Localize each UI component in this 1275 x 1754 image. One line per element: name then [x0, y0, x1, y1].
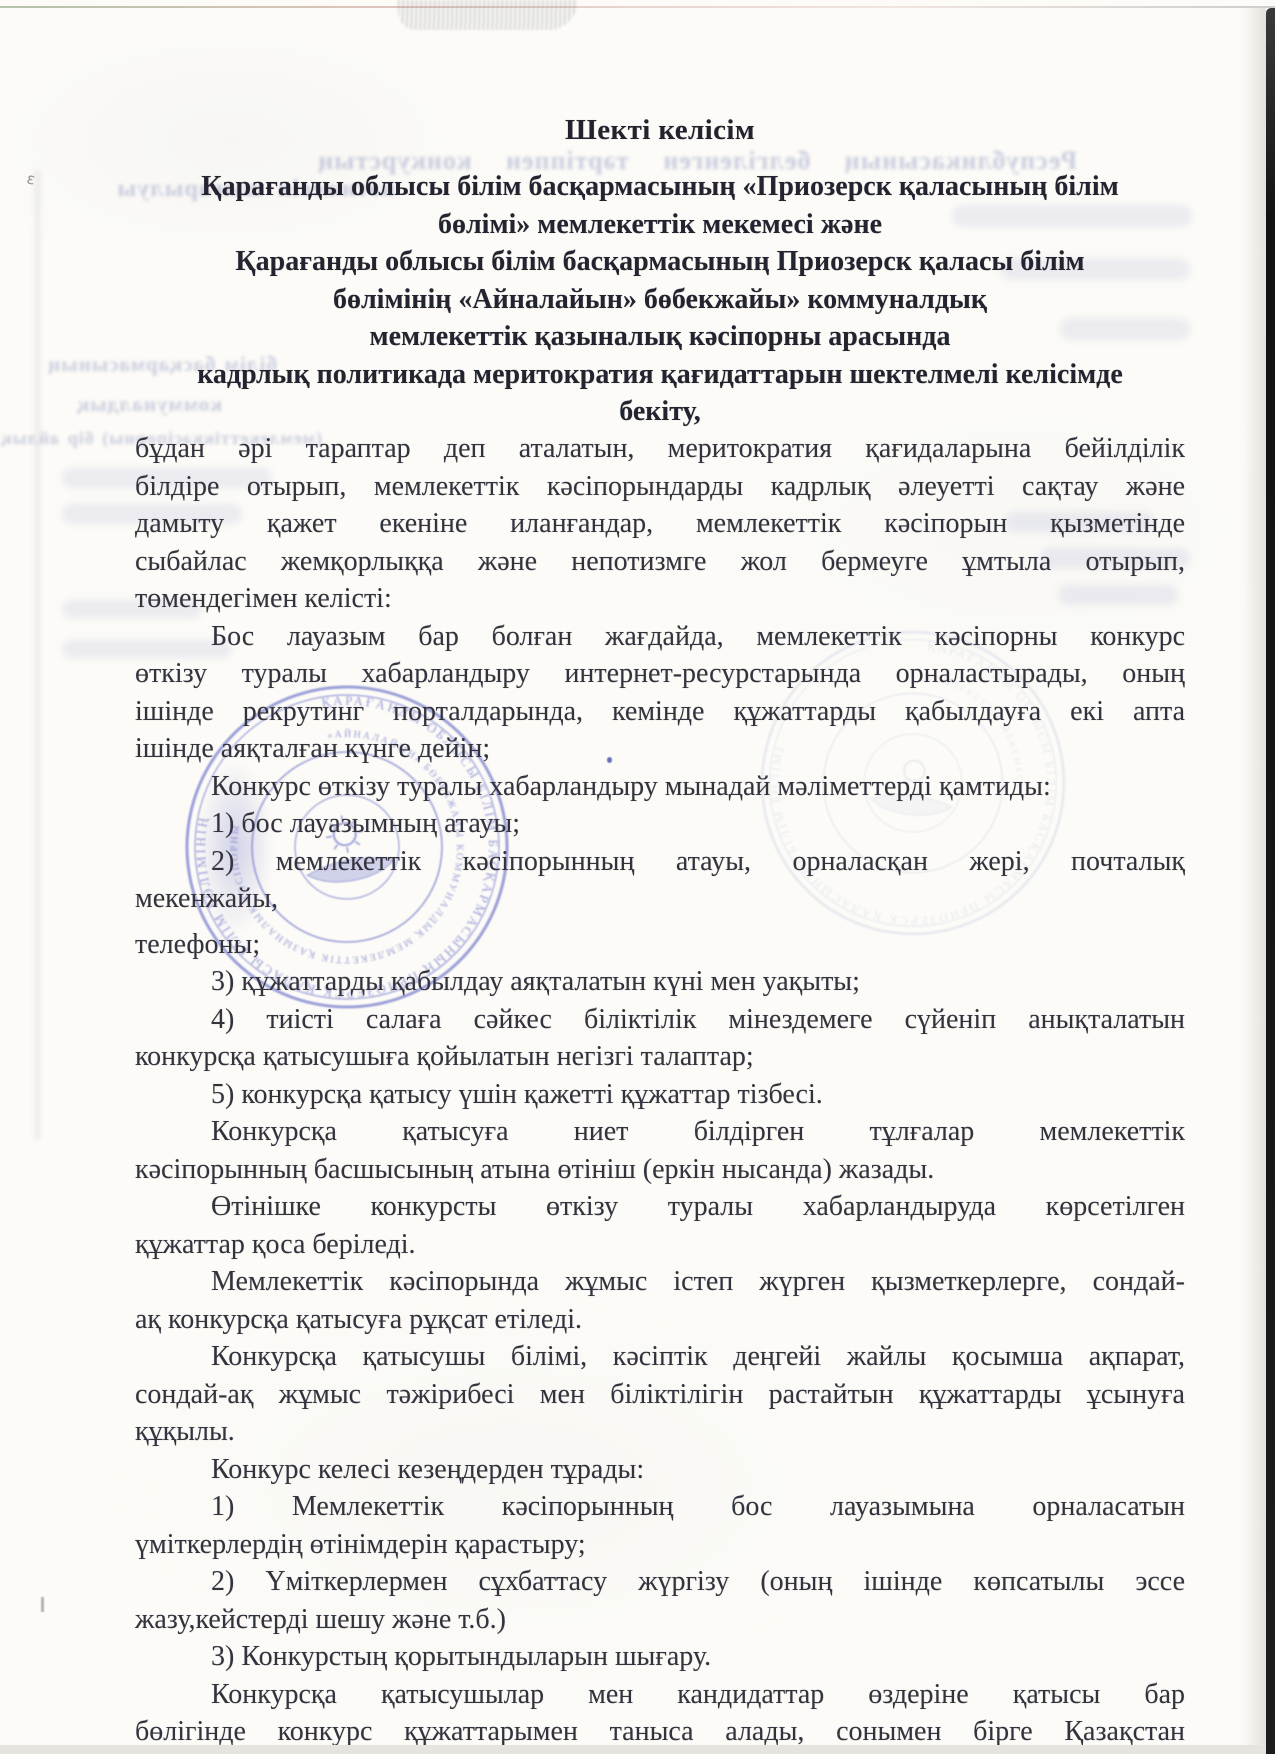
paragraph: Конкурсқа қатысуға ниет білдірген тұлғал… — [135, 1113, 1185, 1188]
body-line: 3) Конкурстың қорытындыларын шығару. — [135, 1638, 1185, 1676]
body-line: Конкурс келесі кезеңдерден тұрады: — [135, 1451, 1185, 1489]
paragraph: Мемлекеттік кәсіпорында жұмыс істеп жүрг… — [135, 1263, 1185, 1338]
paragraph: 3) құжаттарды қабылдау аяқталатын күні м… — [135, 963, 1185, 1001]
scan-left-streak — [34, 170, 41, 1140]
paragraph: 2) мемлекеттік кәсіпорынның атауы, орнал… — [135, 843, 1185, 964]
body-line: телефоны; — [135, 926, 1185, 964]
body-line: өткізу туралы хабарландыру интернет-ресу… — [135, 655, 1185, 693]
paragraph: 5) конкурсқа қатысу үшін қажетті құжатта… — [135, 1076, 1185, 1114]
paragraph: 3) Конкурстың қорытындыларын шығару. — [135, 1638, 1185, 1676]
paragraph: 1) Мемлекеттік кәсіпорынның бос лауазымы… — [135, 1488, 1185, 1563]
body-line: 5) конкурсқа қатысу үшін қажетті құжатта… — [135, 1076, 1185, 1114]
scan-top-edge-line — [0, 6, 1275, 8]
body-line: ақ конкурсқа қатысуға рұқсат етіледі. — [135, 1301, 1185, 1339]
heading-line: мемлекеттік қазыналық кәсіпорны арасында — [135, 318, 1185, 356]
body-line: 4) тиісті салаға сәйкес біліктілік мінез… — [135, 1001, 1185, 1039]
paragraph: 1) бос лауазымның атауы; — [135, 805, 1185, 843]
scan-right-shadow — [1242, 8, 1266, 1754]
heading-line: бөлімі» мемлекеттік мекемесі және — [135, 206, 1185, 244]
body-line: құжаттар қоса беріледі. — [135, 1226, 1185, 1264]
body-line: білдіре отырып, мемлекеттік кәсіпорындар… — [135, 468, 1185, 506]
document-title: Шекті келісім — [135, 114, 1185, 147]
paragraph: Конкурс келесі кезеңдерден тұрады: — [135, 1451, 1185, 1489]
paragraph: Бос лауазым бар болған жағдайда, мемлеке… — [135, 618, 1185, 768]
body-line: Конкурсқа қатысуға ниет білдірген тұлғал… — [135, 1113, 1185, 1151]
heading-line: Қарағанды облысы білім басқармасының При… — [135, 243, 1185, 281]
paragraph: 2) Үміткерлермен сұхбаттасу жүргізу (оны… — [135, 1563, 1185, 1638]
body-line: 2) мемлекеттік кәсіпорынның атауы, орнал… — [135, 843, 1185, 881]
body-line: 1) Мемлекеттік кәсіпорынның бос лауазымы… — [135, 1488, 1185, 1526]
body-line: Өтінішке конкурсты өткізу туралы хабарла… — [135, 1188, 1185, 1226]
scan-smudge-top — [398, 0, 578, 30]
paragraph: Конкурс өткізу туралы хабарландыру мынад… — [135, 768, 1185, 806]
body-line: кәсіпорынның басшысының атына өтініш (ер… — [135, 1151, 1185, 1189]
body-line: 2) Үміткерлермен сұхбаттасу жүргізу (оны… — [135, 1563, 1185, 1601]
body-line: мекенжайы, — [135, 880, 1185, 918]
body-line: үміткерлердің өтінімдерін қарастыру; — [135, 1526, 1185, 1564]
body-line: ішінде аяқталған күнге дейін; — [135, 730, 1185, 768]
body-line: Конкурсқа қатысушылар мен кандидаттар өз… — [135, 1676, 1185, 1714]
paragraph: Конкурсқа қатысушылар мен кандидаттар өз… — [135, 1676, 1185, 1751]
paragraph: 4) тиісті салаға сәйкес біліктілік мінез… — [135, 1001, 1185, 1076]
body-line: 3) құжаттарды қабылдау аяқталатын күні м… — [135, 963, 1185, 1001]
scan-bottom-edge — [0, 1745, 1275, 1754]
body-line: Конкурс өткізу туралы хабарландыру мынад… — [135, 768, 1185, 806]
document-heading: Қарағанды облысы білім басқармасының «Пр… — [135, 168, 1185, 431]
body-line: 1) бос лауазымның атауы; — [135, 805, 1185, 843]
body-line: дамыту қажет екеніне иланғандар, мемлеке… — [135, 505, 1185, 543]
body-line: конкурсқа қатысушыға қойылатын негізгі т… — [135, 1038, 1185, 1076]
document-body: бұдан әрі тараптар деп аталатын, мериток… — [135, 430, 1185, 1751]
heading-line: Қарағанды облысы білім басқармасының «Пр… — [135, 168, 1185, 206]
body-line: Бос лауазым бар болған жағдайда, мемлеке… — [135, 618, 1185, 656]
paragraph: бұдан әрі тараптар деп аталатын, мериток… — [135, 430, 1185, 618]
heading-line: бекіту, — [135, 393, 1185, 431]
body-line: ішінде рекрутинг порталдарында, кемінде … — [135, 693, 1185, 731]
body-line: бұдан әрі тараптар деп аталатын, мериток… — [135, 430, 1185, 468]
heading-line: кадрлық политикада меритократия қағидатт… — [135, 356, 1185, 394]
paragraph: Өтінішке конкурсты өткізу туралы хабарла… — [135, 1188, 1185, 1263]
body-line: құқылы. — [135, 1413, 1185, 1451]
body-line: төмендегімен келісті: — [135, 580, 1185, 618]
body-line: сондай-ақ жұмыс тәжірибесі мен біліктілі… — [135, 1376, 1185, 1414]
heading-line: бөлімінің «Айналайын» бөбекжайы» коммуна… — [135, 281, 1185, 319]
body-line: Мемлекеттік кәсіпорында жұмыс істеп жүрг… — [135, 1263, 1185, 1301]
body-line: Конкурсқа қатысушы білімі, кәсіптік деңг… — [135, 1338, 1185, 1376]
paragraph: Конкурсқа қатысушы білімі, кәсіптік деңг… — [135, 1338, 1185, 1451]
scan-dash-mark — [41, 1597, 44, 1612]
scan-right-edge — [1266, 8, 1275, 1754]
body-line: сыбайлас жемқорлыққа және непотизмге жол… — [135, 543, 1185, 581]
body-line: жазу,кейстерді шешу және т.б.) — [135, 1601, 1185, 1639]
